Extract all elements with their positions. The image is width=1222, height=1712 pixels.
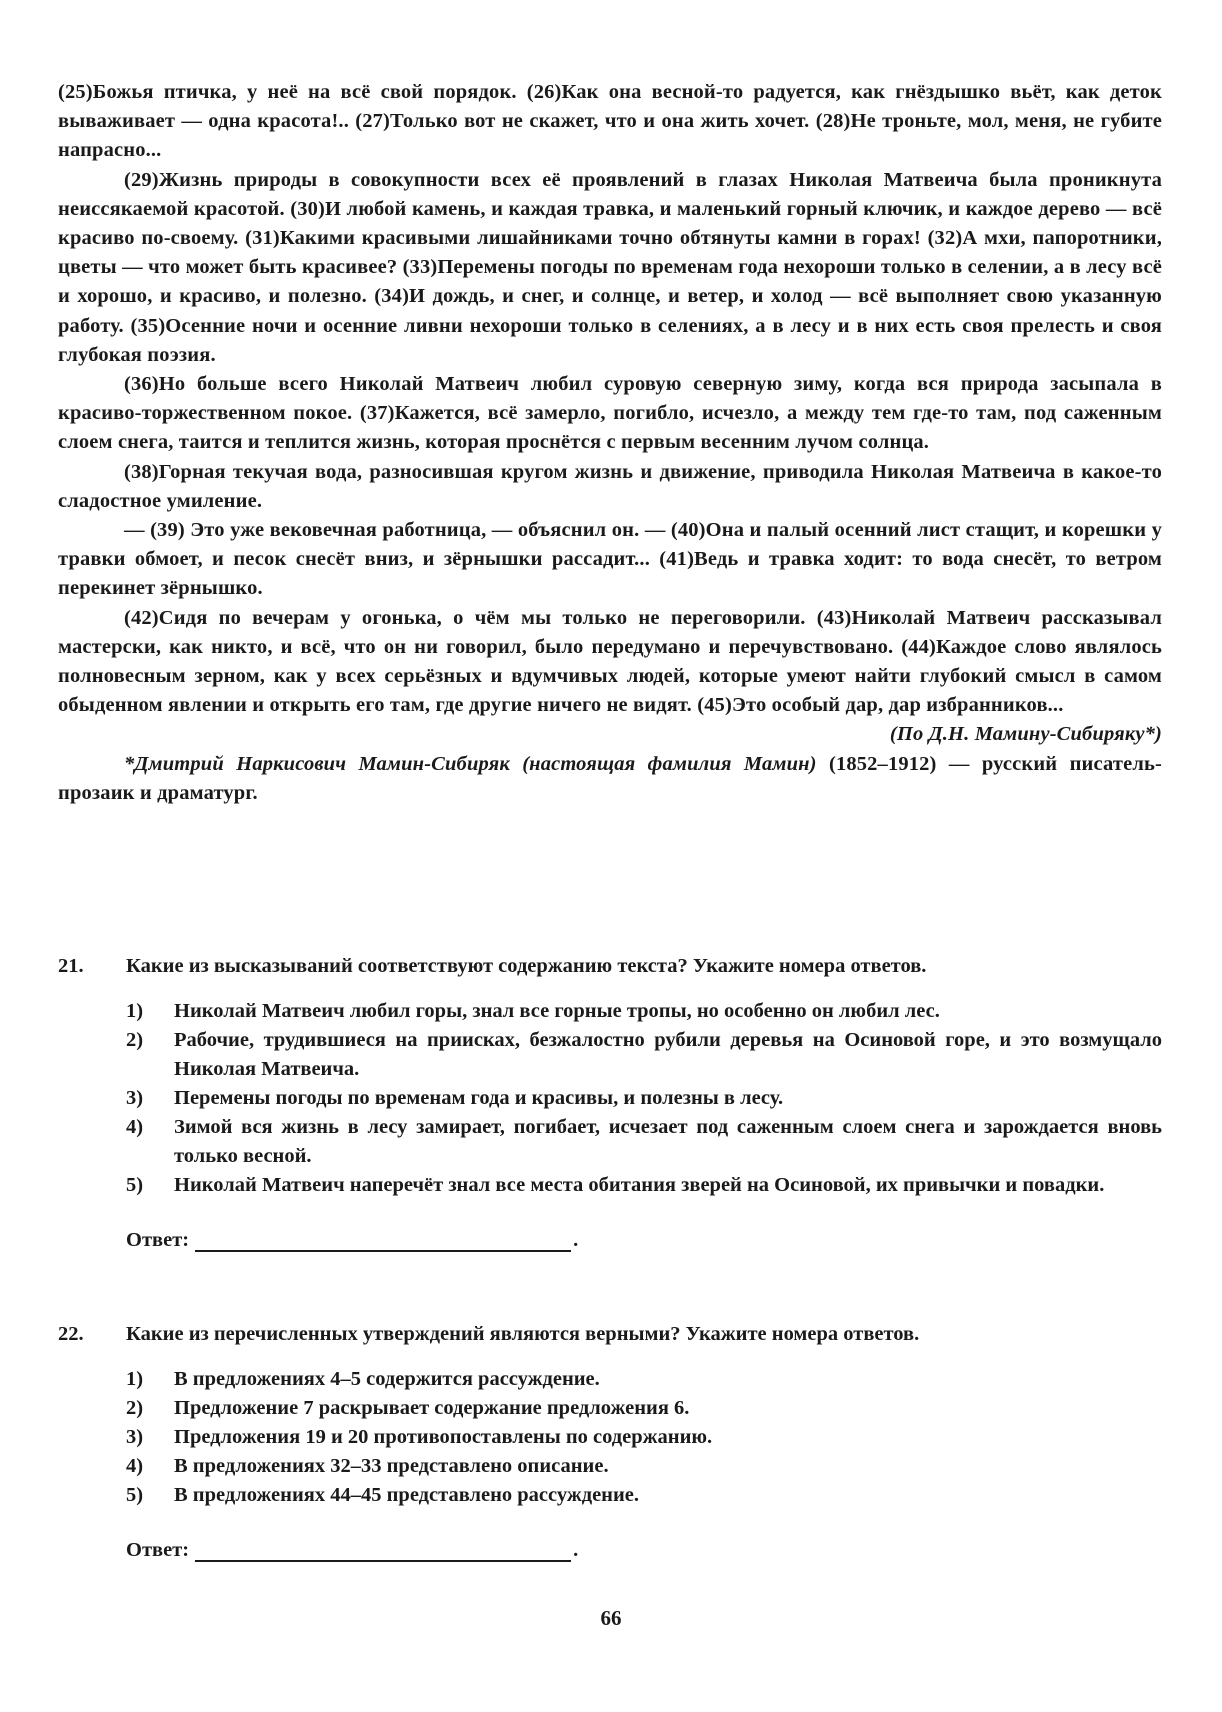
page-number: 66 [0,1606,1222,1631]
answer-input-22[interactable] [195,1538,571,1562]
option-text: Предложение 7 раскрывает содержание пред… [174,1394,1162,1423]
option-item: 4) В предложениях 32–33 представлено опи… [126,1452,1162,1481]
question-21: 21. Какие из высказываний соответствуют … [58,952,1162,1252]
option-number: 2) [126,1394,174,1423]
text-paragraph-3: (36)Но больше всего Николай Матвеич люби… [58,370,1162,458]
answer-period: . [573,1539,578,1562]
options-list: 1) Николай Матвеич любил горы, знал все … [58,997,1162,1200]
option-text: Рабочие, трудившиеся на приисках, безжал… [174,1026,1162,1084]
option-item: 3) Перемены погоды по временам года и кр… [126,1084,1162,1113]
option-item: 4) Зимой вся жизнь в лесу замирает, поги… [126,1113,1162,1171]
option-number: 5) [126,1481,174,1510]
text-paragraph-1: (25)Божья птичка, у неё на всё свой поря… [58,78,1162,166]
option-text: В предложениях 4–5 содержится рассуждени… [174,1365,1162,1394]
question-22: 22. Какие из перечисленных утверждений я… [58,1320,1162,1562]
option-text: В предложениях 32–33 представлено описан… [174,1452,1162,1481]
question-number: 21. [58,952,126,981]
option-item: 3) Предложения 19 и 20 противопоставлены… [126,1423,1162,1452]
option-item: 1) Николай Матвеич любил горы, знал все … [126,997,1162,1026]
text-paragraph-4: (38)Горная текучая вода, разносившая кру… [58,458,1162,516]
question-prompt: Какие из перечисленных утверждений являю… [126,1320,1162,1349]
option-item: 2) Предложение 7 раскрывает содержание п… [126,1394,1162,1423]
option-text: В предложениях 44–45 представлено рассуж… [174,1481,1162,1510]
options-list: 1) В предложениях 4–5 содержится рассужд… [58,1365,1162,1510]
answer-period: . [573,1229,578,1252]
option-number: 4) [126,1452,174,1481]
answer-input-21[interactable] [195,1228,571,1252]
text-paragraph-2: (29)Жизнь природы в совокупности всех её… [58,166,1162,370]
option-number: 3) [126,1423,174,1452]
reading-text: (25)Божья птичка, у неё на всё свой поря… [58,78,1162,808]
option-item: 5) Николай Матвеич наперечёт знал все ме… [126,1171,1162,1200]
text-paragraph-6: (42)Сидя по вечерам у огонька, о чём мы … [58,604,1162,721]
option-number: 2) [126,1026,174,1084]
option-number: 3) [126,1084,174,1113]
footnote: *Дмитрий Наркисович Мамин-Сибиряк (насто… [58,750,1162,808]
answer-row: Ответ: . [58,1532,1162,1562]
question-number: 22. [58,1320,126,1349]
answer-row: Ответ: . [58,1222,1162,1252]
option-item: 1) В предложениях 4–5 содержится рассужд… [126,1365,1162,1394]
option-text: Николай Матвеич любил горы, знал все гор… [174,997,1162,1026]
answer-label: Ответ: [126,1539,189,1562]
option-text: Перемены погоды по временам года и краси… [174,1084,1162,1113]
option-item: 2) Рабочие, трудившиеся на приисках, без… [126,1026,1162,1084]
text-paragraph-5: — (39) Это уже вековечная работница, — о… [58,516,1162,604]
question-header: 21. Какие из высказываний соответствуют … [58,952,1162,981]
text-source: (По Д.Н. Мамину-Сибиряку*) [58,720,1162,749]
question-prompt: Какие из высказываний соответствуют соде… [126,952,1162,981]
footnote-author: *Дмитрий Наркисович Мамин-Сибиряк (насто… [124,753,817,775]
option-text: Николай Матвеич наперечёт знал все места… [174,1171,1162,1200]
question-header: 22. Какие из перечисленных утверждений я… [58,1320,1162,1349]
option-number: 4) [126,1113,174,1171]
option-number: 5) [126,1171,174,1200]
option-item: 5) В предложениях 44–45 представлено рас… [126,1481,1162,1510]
option-number: 1) [126,997,174,1026]
answer-label: Ответ: [126,1229,189,1252]
option-text: Предложения 19 и 20 противопоставлены по… [174,1423,1162,1452]
option-text: Зимой вся жизнь в лесу замирает, погибае… [174,1113,1162,1171]
page-content: (25)Божья птичка, у неё на всё свой поря… [58,78,1162,808]
option-number: 1) [126,1365,174,1394]
